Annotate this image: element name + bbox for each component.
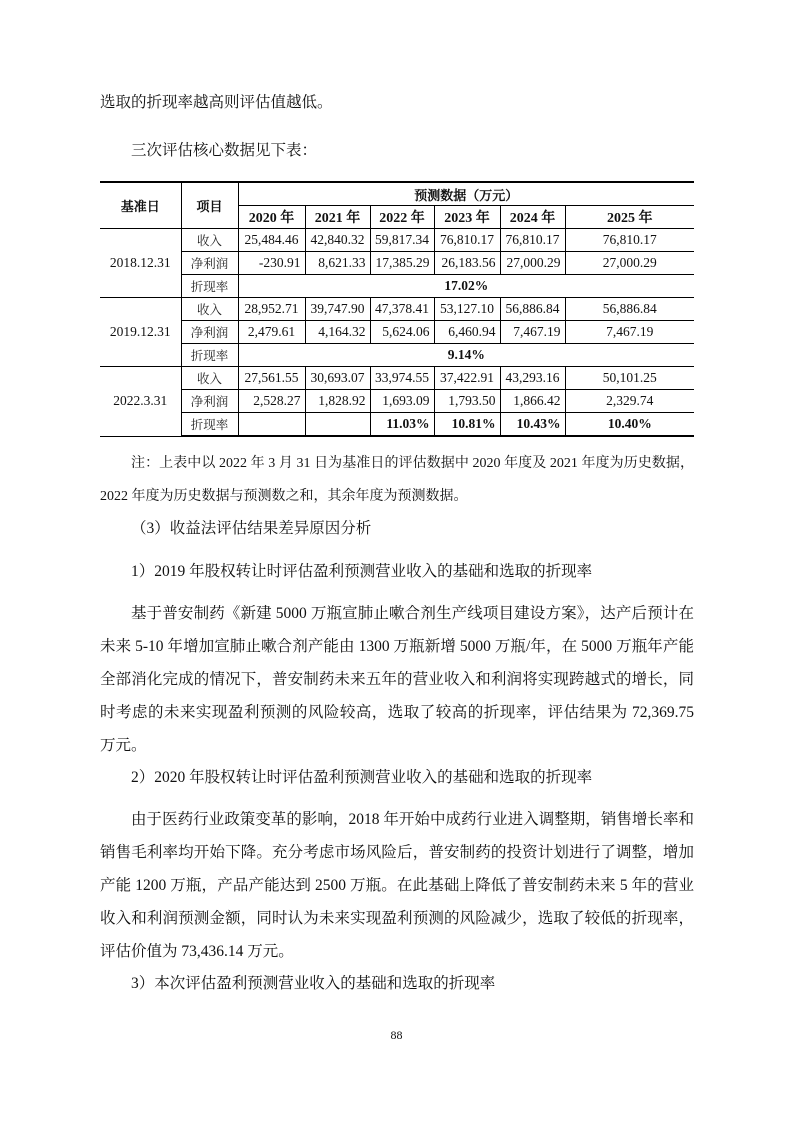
item-cell: 净利润 (181, 321, 238, 344)
value-cell: 37,422.91 (434, 367, 500, 390)
value-cell: 50,101.25 (565, 367, 694, 390)
item-cell: 折现率 (181, 344, 238, 367)
evaluation-core-data-table: 基准日 项目 预测数据（万元） 2020 年 2021 年 2022 年 202… (100, 181, 694, 437)
value-cell: 7,467.19 (500, 321, 565, 344)
discount-rate-cell (238, 413, 305, 437)
table-row: 2018.12.31 收入 25,484.46 42,840.32 59,817… (100, 229, 694, 252)
value-cell: 25,484.46 (238, 229, 305, 252)
value-cell: 28,952.71 (238, 298, 305, 321)
table-row: 净利润 -230.91 8,621.33 17,385.29 26,183.56… (100, 252, 694, 275)
value-cell: 26,183.56 (434, 252, 500, 275)
value-cell: 5,624.06 (370, 321, 434, 344)
discount-rate-cell: 10.43% (500, 413, 565, 437)
table-row: 2022.3.31 收入 27,561.55 30,693.07 33,974.… (100, 367, 694, 390)
header-year: 2021 年 (305, 206, 370, 229)
discount-rate-cell (305, 413, 370, 437)
value-cell: 17,385.29 (370, 252, 434, 275)
subsection-3-heading: 3）本次评估盈利预测营业收入的基础和选取的折现率 (100, 967, 694, 1000)
header-year: 2020 年 (238, 206, 305, 229)
value-cell: 4,164.32 (305, 321, 370, 344)
value-cell: 39,747.90 (305, 298, 370, 321)
value-cell: 76,810.17 (500, 229, 565, 252)
header-year: 2024 年 (500, 206, 565, 229)
table-row: 折现率 11.03% 10.81% 10.43% 10.40% (100, 413, 694, 437)
base-date-cell: 2022.3.31 (100, 367, 181, 437)
value-cell: 56,886.84 (565, 298, 694, 321)
header-year: 2025 年 (565, 206, 694, 229)
table-note: 注：上表中以 2022 年 3 月 31 日为基准日的评估数据中 2020 年度… (100, 447, 694, 513)
value-cell: 6,460.94 (434, 321, 500, 344)
value-cell: 56,886.84 (500, 298, 565, 321)
item-cell: 收入 (181, 367, 238, 390)
value-cell: -230.91 (238, 252, 305, 275)
subsection-1-heading: 1）2019 年股权转让时评估盈利预测营业收入的基础和选取的折现率 (100, 555, 694, 588)
section-heading: （3）收益法评估结果差异原因分析 (100, 512, 694, 545)
value-cell: 27,561.55 (238, 367, 305, 390)
table-row: 2019.12.31 收入 28,952.71 39,747.90 47,378… (100, 298, 694, 321)
item-cell: 收入 (181, 298, 238, 321)
base-date-cell: 2018.12.31 (100, 229, 181, 298)
page-number: 88 (0, 1028, 793, 1043)
header-year: 2022 年 (370, 206, 434, 229)
table-lead-text: 三次评估核心数据见下表： (100, 134, 694, 167)
header-item: 项目 (181, 182, 238, 229)
discount-rate-cell: 10.40% (565, 413, 694, 437)
value-cell: 27,000.29 (500, 252, 565, 275)
item-cell: 净利润 (181, 390, 238, 413)
subsection-2-heading: 2）2020 年股权转让时评估盈利预测营业收入的基础和选取的折现率 (100, 761, 694, 794)
value-cell: 53,127.10 (434, 298, 500, 321)
subsection-1-body: 基于普安制药《新建 5000 万瓶宣肺止嗽合剂生产线项目建设方案》，达产后预计在… (100, 597, 694, 762)
value-cell: 1,828.92 (305, 390, 370, 413)
table-row: 净利润 2,479.61 4,164.32 5,624.06 6,460.94 … (100, 321, 694, 344)
value-cell: 59,817.34 (370, 229, 434, 252)
discount-rate-cell: 10.81% (434, 413, 500, 437)
value-cell: 2,479.61 (238, 321, 305, 344)
value-cell: 43,293.16 (500, 367, 565, 390)
value-cell: 76,810.17 (434, 229, 500, 252)
value-cell: 42,840.32 (305, 229, 370, 252)
subsection-2-body: 由于医药行业政策变革的影响，2018 年开始中成药行业进入调整期，销售增长率和销… (100, 803, 694, 968)
value-cell: 2,329.74 (565, 390, 694, 413)
item-cell: 折现率 (181, 413, 238, 437)
discount-rate-cell: 17.02% (238, 275, 694, 298)
value-cell: 1,693.09 (370, 390, 434, 413)
value-cell: 33,974.55 (370, 367, 434, 390)
header-base-date: 基准日 (100, 182, 181, 229)
header-year: 2023 年 (434, 206, 500, 229)
base-date-cell: 2019.12.31 (100, 298, 181, 367)
discount-rate-cell: 9.14% (238, 344, 694, 367)
value-cell: 1,793.50 (434, 390, 500, 413)
value-cell: 47,378.41 (370, 298, 434, 321)
header-forecast-group: 预测数据（万元） (238, 182, 694, 206)
intro-paragraph: 选取的折现率越高则评估值越低。 (100, 86, 694, 119)
table-row: 折现率 17.02% (100, 275, 694, 298)
value-cell: 27,000.29 (565, 252, 694, 275)
value-cell: 7,467.19 (565, 321, 694, 344)
value-cell: 2,528.27 (238, 390, 305, 413)
item-cell: 折现率 (181, 275, 238, 298)
value-cell: 8,621.33 (305, 252, 370, 275)
table-row: 折现率 9.14% (100, 344, 694, 367)
value-cell: 1,866.42 (500, 390, 565, 413)
value-cell: 30,693.07 (305, 367, 370, 390)
table-row: 净利润 2,528.27 1,828.92 1,693.09 1,793.50 … (100, 390, 694, 413)
value-cell: 76,810.17 (565, 229, 694, 252)
item-cell: 收入 (181, 229, 238, 252)
item-cell: 净利润 (181, 252, 238, 275)
discount-rate-cell: 11.03% (370, 413, 434, 437)
